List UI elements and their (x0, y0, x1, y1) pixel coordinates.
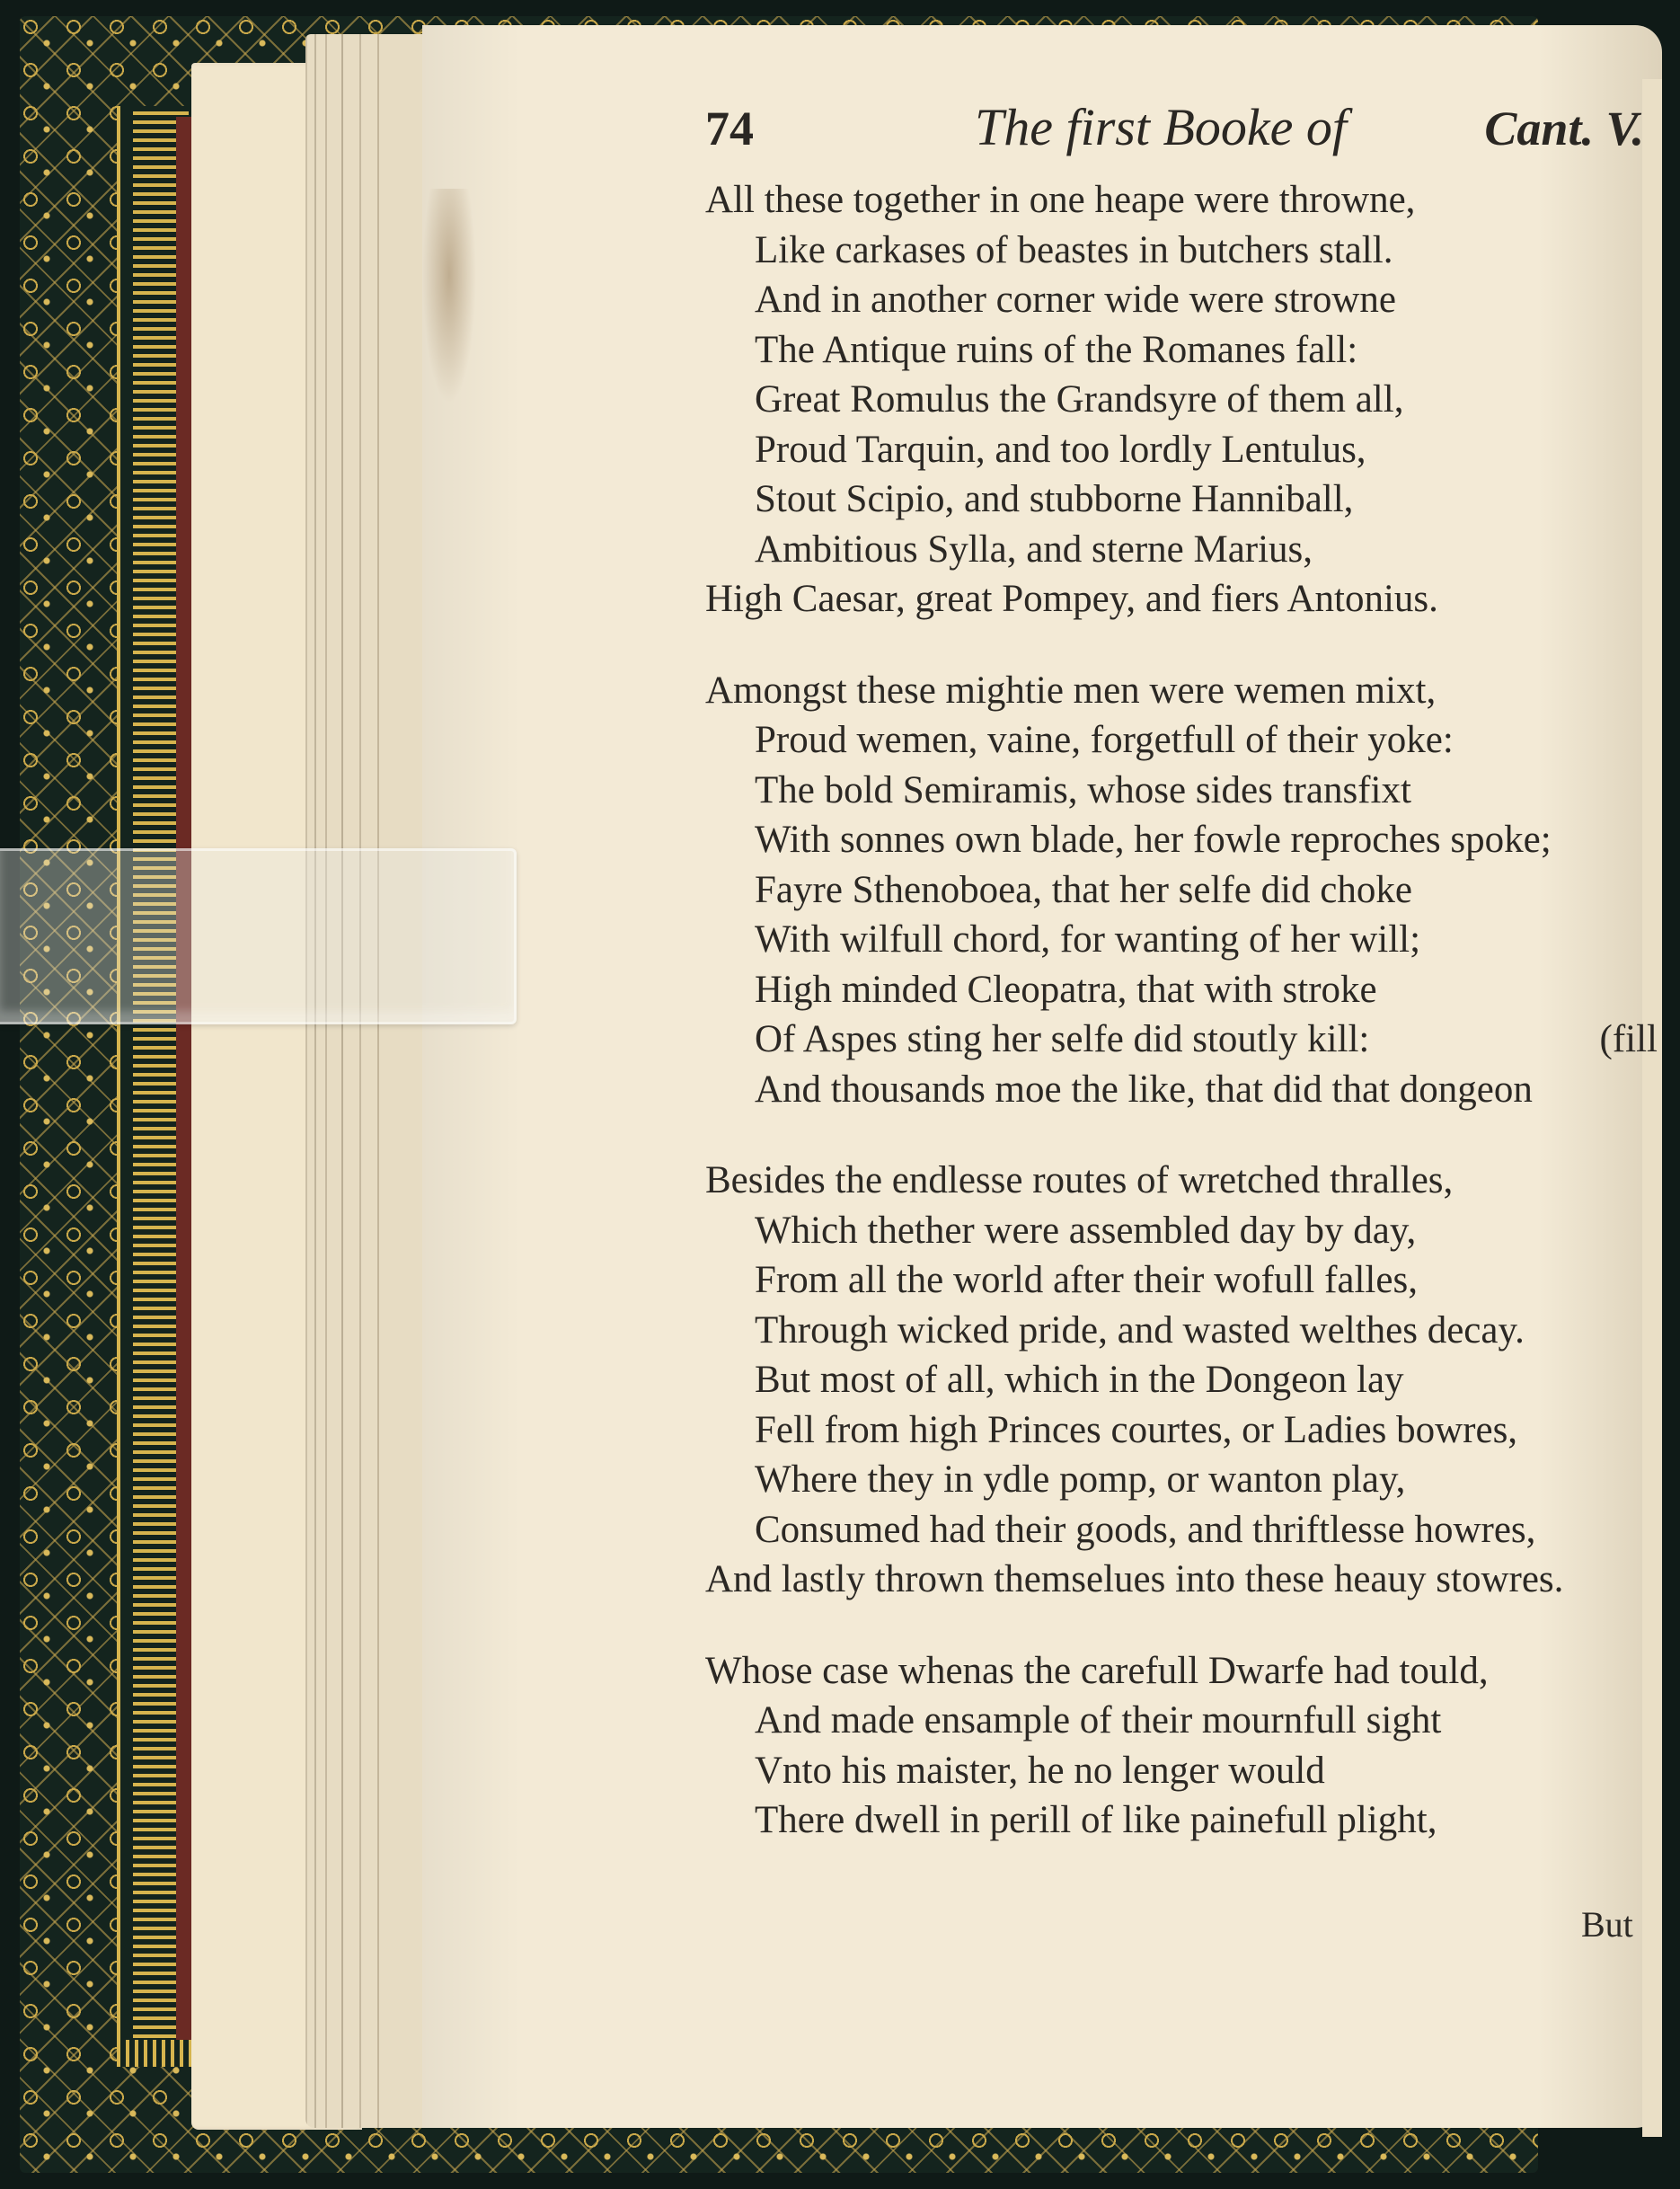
running-head: 74 The first Booke of Cant. V. (705, 101, 1644, 173)
book-title: The first Booke of (975, 97, 1347, 157)
verse-line: Fayre Sthenoboea, that her selfe did cho… (705, 865, 1658, 916)
stanza: Whose case whenas the carefull Dwarfe ha… (705, 1646, 1658, 1846)
verse-line: From all the world after their wofull fa… (705, 1255, 1658, 1306)
verse-line: Consumed had their goods, and thriftless… (705, 1505, 1658, 1555)
acrylic-page-weight (0, 848, 517, 1024)
turnover-word: (fill (1600, 1015, 1658, 1065)
verse-line: High Caesar, great Pompey, and fiers Ant… (705, 574, 1658, 625)
verse-line: Which thether were assembled day by day, (705, 1206, 1658, 1256)
verse-line: Stout Scipio, and stubborne Hanniball, (705, 474, 1658, 525)
verse-line: Amongst these mightie men were wemen mix… (705, 666, 1658, 716)
page-number: 74 (705, 101, 754, 156)
verse-line: Whose case whenas the carefull Dwarfe ha… (705, 1646, 1658, 1697)
verse-line: Vnto his maister, he no lenger would (705, 1746, 1658, 1796)
poem-text: All these together in one heape were thr… (705, 175, 1658, 1887)
page-block-edges (305, 34, 431, 2128)
verse-line: Great Romulus the Grandsyre of them all, (705, 375, 1658, 425)
stanza: Besides the endlesse routes of wretched … (705, 1156, 1658, 1605)
verse-line: High minded Cleopatra, that with stroke (705, 965, 1658, 1015)
stanza: All these together in one heape were thr… (705, 175, 1658, 625)
verse-line: But most of all, which in the Dongeon la… (705, 1355, 1658, 1405)
stanza: Amongst these mightie men were wemen mix… (705, 666, 1658, 1115)
verse-line: Proud wemen, vaine, forgetfull of their … (705, 715, 1658, 766)
verse-line: And made ensample of their mournfull sig… (705, 1696, 1658, 1746)
verse-line: The bold Semiramis, whose sides transfix… (705, 766, 1658, 816)
verse-line: Ambitious Sylla, and sterne Marius, (705, 525, 1658, 575)
verse-line: Where they in ydle pomp, or wanton play, (705, 1455, 1658, 1505)
verse-line: Fell from high Princes courtes, or Ladie… (705, 1405, 1658, 1456)
canto-label: Cant. V. (1484, 101, 1644, 156)
verse-line: All these together in one heape were thr… (705, 175, 1658, 226)
catchword: But (1581, 1903, 1633, 1945)
verse-line: The Antique ruins of the Romanes fall: (705, 325, 1658, 376)
verse-line: And in another corner wide were strowne (705, 275, 1658, 325)
verse-line: With sonnes own blade, her fowle reproch… (705, 815, 1658, 865)
verse-line: There dwell in perill of like painefull … (705, 1795, 1658, 1846)
verse-line: Like carkases of beastes in butchers sta… (705, 226, 1658, 276)
foxing-stain (422, 189, 476, 404)
verse-line-text: Of Aspes sting her selfe did stoutly kil… (755, 1018, 1369, 1060)
verse-line: Proud Tarquin, and too lordly Lentulus, (705, 425, 1658, 475)
verse-line: Of Aspes sting her selfe did stoutly kil… (705, 1015, 1658, 1065)
verse-line: And thousands moe the like, that did tha… (705, 1065, 1658, 1115)
verse-line: And lastly thrown themselues into these … (705, 1555, 1658, 1605)
verse-line: Besides the endlesse routes of wretched … (705, 1156, 1658, 1206)
verse-line: Through wicked pride, and wasted welthes… (705, 1306, 1658, 1356)
verse-line: With wilfull chord, for wanting of her w… (705, 915, 1658, 965)
marbled-endpaper-edge (176, 117, 192, 2049)
